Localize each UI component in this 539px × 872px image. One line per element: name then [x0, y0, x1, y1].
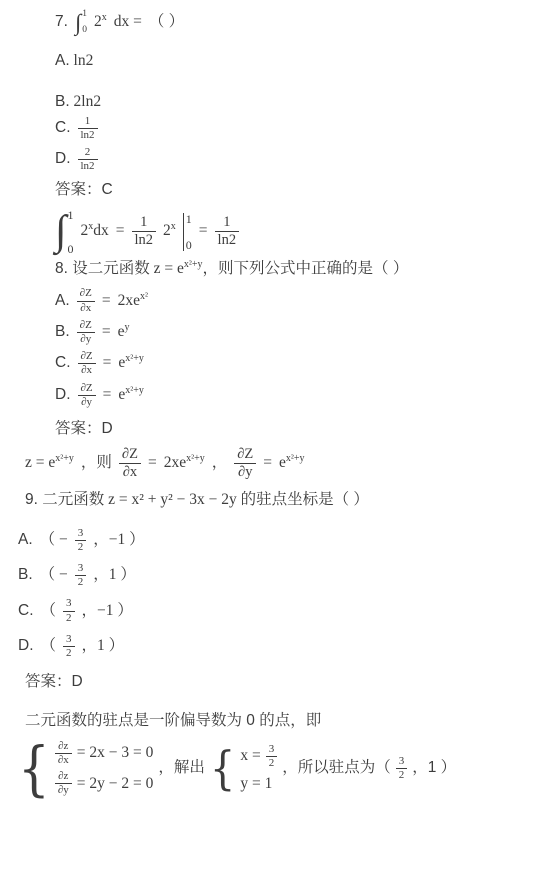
q8-function: z = ex²+y [154, 260, 203, 277]
result-exponent: x²+y [286, 453, 305, 464]
q9-stem-pre: 9. 二元函数 [25, 491, 104, 508]
fraction: 32 [396, 755, 408, 782]
result-base: 2xe [164, 454, 186, 471]
vertical-bar [183, 213, 184, 251]
q8-option-b: B. ∂Z∂y = ey [55, 319, 539, 346]
solve-text: ，解出 [158, 758, 205, 779]
q7-option-c: C. 1ln2 [55, 115, 539, 142]
integral-limits: 10 [68, 209, 74, 255]
option-label: B. [55, 322, 70, 343]
fraction: 32 [63, 633, 75, 660]
partial-fraction: ∂Z∂x [78, 350, 96, 377]
integral-symbol: ∫10 [75, 10, 87, 35]
q9-option-c: C. （ 32 ，−1 ） [18, 597, 539, 624]
q9-option-b: B. （ − 32 ，1 ） [18, 562, 539, 589]
q8-function-base: z = e [154, 260, 184, 277]
option-label: C. [55, 353, 71, 374]
fraction: 1ln2 [215, 214, 240, 250]
partial-fraction: ∂Z∂y [77, 319, 95, 346]
fraction: 32 [266, 743, 278, 770]
q7-option-a: A. ln2 [55, 51, 539, 72]
conclusion-pre: ，所以驻点为（ [282, 758, 391, 779]
rhs-exponent: x²+y [125, 353, 144, 364]
q7-integrand: 2x [94, 12, 107, 33]
solution-y: y = 1 [240, 774, 277, 795]
integral-glyph: ∫ [55, 215, 67, 249]
option-label: B. [18, 565, 33, 586]
q7-integrand-base: 2 [94, 13, 102, 30]
fraction-numerator: ∂Z [78, 382, 96, 396]
result-base: e [279, 454, 286, 471]
rhs-exponent: x² [140, 291, 148, 302]
fraction-denominator: ∂x [78, 364, 96, 377]
equals-sign: = [103, 385, 112, 406]
result-exponent: x²+y [186, 453, 205, 464]
q9-equation-system: { ∂z∂x = 2x − 3 = 0 ∂z∂y = 2y − 2 = 0 ，解… [18, 740, 539, 798]
fraction-denominator: ∂x [77, 302, 95, 315]
fraction-denominator: ln2 [215, 232, 240, 249]
fraction-numerator: ∂Z [77, 319, 95, 333]
evaluation-limits: 10 [186, 213, 192, 251]
option-open: （ [41, 636, 57, 657]
option-label: A. [55, 291, 70, 312]
evaluation-lower-limit: 0 [186, 239, 192, 251]
fraction-numerator: 1 [132, 214, 157, 232]
q7-dx-equals: dx = [114, 12, 142, 33]
solution-values: x = 32 y = 1 [240, 743, 277, 794]
system-equation-2: ∂z∂y = 2y − 2 = 0 [55, 770, 154, 797]
rhs-exponent: y [124, 322, 129, 333]
partial-fraction: ∂z∂y [55, 770, 72, 797]
fraction-numerator: ∂z [55, 770, 72, 784]
function-exponent: x²+y [55, 453, 74, 464]
q7-option-d: D. 2ln2 [55, 146, 539, 173]
option-label: B. [55, 93, 70, 110]
q9-function: z = x² + y² − 3x − 2y [108, 491, 237, 508]
q8-stem-pre: 8. 设二元函数 [55, 260, 150, 277]
fraction-denominator: 2 [266, 757, 278, 770]
fraction: 32 [63, 597, 75, 624]
q9-answer: 答案：D [25, 672, 539, 693]
q8-solution-function: z = ex²+y [25, 453, 74, 474]
fraction: 1ln2 [132, 214, 157, 250]
partial-fraction: ∂Z∂x [77, 287, 95, 314]
partial-fraction: ∂Z∂x [119, 446, 141, 482]
left-brace: { [210, 746, 235, 792]
option-value: ln2 [74, 52, 94, 69]
q7-choice-paren: （ ） [149, 12, 184, 33]
option-label: C. [18, 601, 34, 622]
partial-fraction: ∂z∂x [55, 740, 72, 767]
fraction-numerator: ∂Z [234, 446, 256, 464]
option-label: A. [18, 530, 33, 551]
q8-solution: z = ex²+y ，则 ∂Z∂x = 2xex²+y ， ∂Z∂y = ex²… [25, 446, 539, 482]
fraction-denominator: ∂y [234, 464, 256, 481]
equals-sign: = [263, 453, 272, 474]
fraction-denominator: 2 [63, 612, 75, 625]
fraction-denominator: ln2 [78, 129, 98, 142]
fraction: 32 [75, 562, 87, 589]
rhs-exponent: x²+y [125, 385, 144, 396]
fraction-denominator: ln2 [78, 160, 98, 173]
fraction-denominator: 2 [75, 541, 87, 554]
fraction: 32 [75, 527, 87, 554]
equation-rhs: = 2y − 2 = 0 [77, 774, 154, 795]
antiderivative-exponent: x [171, 221, 176, 232]
fraction-numerator: 3 [75, 562, 87, 576]
fraction-denominator: ∂x [119, 464, 141, 481]
function-base: z = e [25, 454, 55, 471]
fraction: 2ln2 [78, 146, 98, 173]
equals-sign: = [103, 353, 112, 374]
then-text: ，则 [81, 453, 112, 474]
option-label: C. [55, 118, 71, 139]
evaluation-upper-limit: 1 [186, 213, 192, 225]
partial-fraction: ∂Z∂y [234, 446, 256, 482]
option-label: D. [18, 636, 34, 657]
q8-option-c: C. ∂Z∂x = ex²+y [55, 350, 539, 377]
option-close: ，1 ） [93, 565, 136, 586]
q9-stem-post: 的驻点坐标是（ ） [241, 491, 369, 508]
fraction-denominator: ∂y [78, 396, 96, 409]
option-open: （ [41, 601, 57, 622]
fraction-numerator: ∂Z [78, 350, 96, 364]
system-equations: ∂z∂x = 2x − 3 = 0 ∂z∂y = 2y − 2 = 0 [55, 740, 154, 798]
equals-sign: = [102, 322, 111, 343]
fraction-denominator: 2 [396, 769, 408, 782]
option-label: D. [55, 385, 71, 406]
equals-sign: = [148, 453, 157, 474]
integral-upper-limit: 1 [68, 209, 74, 221]
fraction-numerator: 1 [215, 214, 240, 232]
q7-option-b: B. 2ln2 [55, 92, 539, 113]
fraction-numerator: ∂z [55, 740, 72, 754]
fraction: 1ln2 [78, 115, 98, 142]
antiderivative: 2x [163, 221, 176, 242]
fraction-numerator: 3 [63, 633, 75, 647]
partial-y-result: ex²+y [279, 453, 305, 474]
integral-lower-limit: 0 [68, 243, 74, 255]
q7-answer: 答案：C [55, 180, 539, 201]
q7-integrand-exponent: x [102, 12, 107, 23]
integral-glyph: ∫ [75, 13, 81, 33]
integral-limits: 10 [82, 10, 87, 35]
fraction-denominator: ∂y [55, 784, 72, 797]
fraction-denominator: ∂x [55, 754, 72, 767]
fraction-numerator: 3 [396, 755, 408, 769]
option-close: ，1 ） [82, 636, 125, 657]
antiderivative-base: 2 [163, 222, 171, 239]
conclusion-post: ，1 ） [412, 758, 456, 779]
integrand: 2xdx [81, 221, 109, 242]
partial-fraction: ∂Z∂y [78, 382, 96, 409]
q7-solution: ∫10 2xdx = 1ln2 2x 10 = 1ln2 [55, 209, 539, 255]
equals-sign: = [199, 221, 208, 242]
q7-number: 7. [55, 12, 68, 33]
option-open: （ − [40, 530, 68, 551]
dx-term: dx [93, 222, 109, 239]
q8-option-a: A. ∂Z∂x = 2xex² [55, 287, 539, 314]
option-label: D. [55, 149, 71, 170]
option-close: ，−1 ） [93, 530, 144, 551]
evaluation-bar: 10 [183, 213, 192, 251]
fraction-numerator: 3 [75, 527, 87, 541]
option-open: （ − [40, 565, 68, 586]
solution-x-lhs: x = [240, 746, 260, 767]
fraction-numerator: 2 [78, 146, 98, 160]
integral-symbol: ∫10 [55, 209, 74, 255]
fraction-denominator: ∂y [77, 333, 95, 346]
option-close: ，−1 ） [82, 601, 133, 622]
fraction-denominator: 2 [63, 647, 75, 660]
q9-explanation: 二元函数的驻点是一阶偏导数为 0 的点，即 [25, 711, 539, 732]
fraction-numerator: 1 [78, 115, 98, 129]
q8-option-d: D. ∂Z∂y = ex²+y [55, 382, 539, 409]
fraction-numerator: 3 [266, 743, 278, 757]
fraction-denominator: 2 [75, 576, 87, 589]
rhs-base: 2xe [118, 292, 140, 309]
option-rhs: ey [118, 322, 130, 343]
fraction-numerator: ∂Z [77, 287, 95, 301]
option-value: 2ln2 [74, 93, 102, 110]
q8-stem-post: ，则下列公式中正确的是（ ） [203, 260, 409, 277]
left-brace: { [18, 739, 50, 798]
option-rhs: ex²+y [118, 385, 144, 406]
q8-function-exponent: x²+y [184, 258, 203, 269]
equals-sign: = [102, 291, 111, 312]
q9-option-a: A. （ − 32 ，−1 ） [18, 527, 539, 554]
fraction-numerator: 3 [63, 597, 75, 611]
option-label: A. [55, 52, 70, 69]
comma: ， [212, 453, 228, 474]
q8-stem: 8. 设二元函数 z = ex²+y，则下列公式中正确的是（ ） [55, 259, 539, 280]
system-equation-1: ∂z∂x = 2x − 3 = 0 [55, 740, 154, 767]
option-rhs: ex²+y [118, 353, 144, 374]
equation-rhs: = 2x − 3 = 0 [77, 743, 154, 764]
equals-sign: = [116, 221, 125, 242]
integral-lower-limit: 0 [82, 26, 87, 36]
fraction-denominator: ln2 [132, 232, 157, 249]
exam-document: 7. ∫10 2x dx = （ ） A. ln2 B. 2ln2 C. 1ln… [0, 0, 539, 798]
q9-stem: 9. 二元函数 z = x² + y² − 3x − 2y 的驻点坐标是（ ） [25, 490, 539, 511]
partial-x-result: 2xex²+y [164, 453, 205, 474]
integral-upper-limit: 1 [82, 10, 87, 20]
solution-x: x = 32 [240, 743, 277, 770]
option-rhs: 2xex² [118, 291, 148, 312]
q9-option-d: D. （ 32 ，1 ） [18, 633, 539, 660]
q8-answer: 答案：D [55, 419, 539, 440]
q7-stem: 7. ∫10 2x dx = （ ） [55, 10, 539, 35]
fraction-numerator: ∂Z [119, 446, 141, 464]
